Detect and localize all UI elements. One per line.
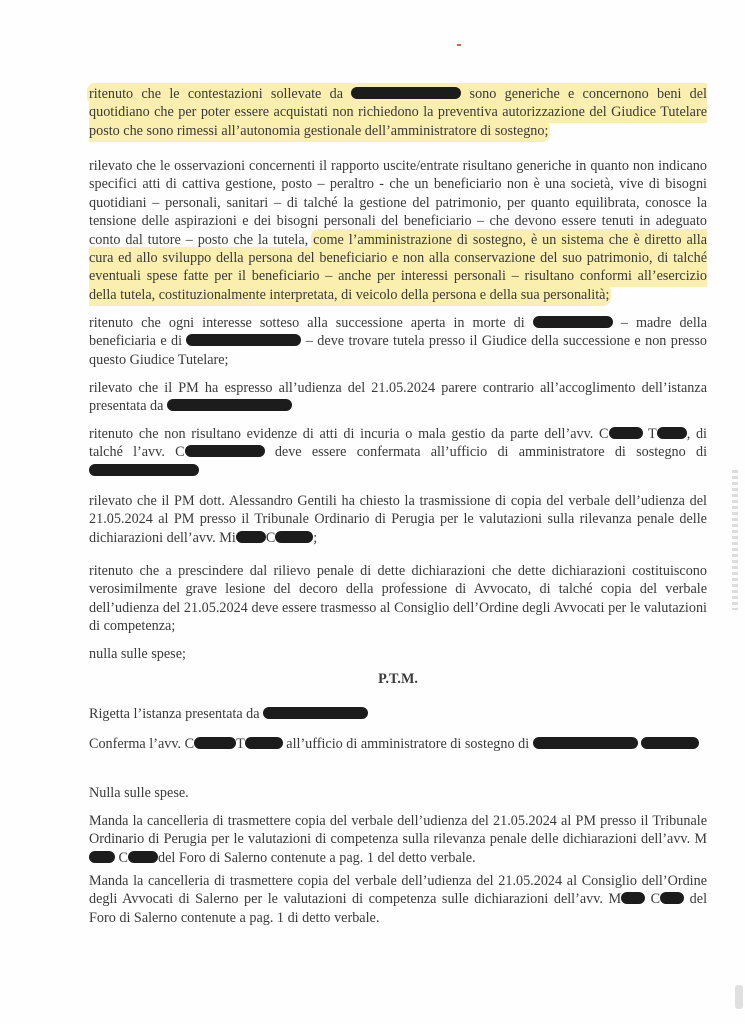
- redaction: [660, 892, 684, 904]
- redaction: [641, 737, 699, 749]
- redaction: [657, 427, 687, 439]
- paragraph-conferma: Conferma l’avv. CT all’ufficio di ammini…: [89, 735, 707, 753]
- text: – deve trovare tutela presso il Giudice …: [89, 333, 707, 367]
- paragraph-manda-pm: Manda la cancelleria di trasmettere copi…: [89, 812, 707, 867]
- redaction: [533, 737, 638, 749]
- text: C: [266, 530, 275, 546]
- paragraph-decoro: ritenuto che a prescindere dal rilievo p…: [89, 562, 707, 636]
- paragraph-rigetta: Rigetta l’istanza presentata da: [89, 705, 707, 723]
- redaction: [609, 427, 643, 439]
- redaction: [236, 531, 266, 543]
- text: deve essere confermata all’ufficio di am…: [275, 444, 707, 460]
- section-heading: P.T.M.: [89, 670, 707, 688]
- text: Conferma l’avv. C: [89, 736, 194, 752]
- redaction: [89, 851, 115, 863]
- scanned-page: ritenuto che le contestazioni sollevate …: [0, 0, 745, 1024]
- scan-speck: [457, 44, 461, 46]
- text: C: [119, 850, 128, 866]
- text: ritenuto che a prescindere dal rilievo p…: [89, 563, 707, 634]
- paragraph-nulla-spese: Nulla sulle spese.: [89, 784, 707, 802]
- redaction: [263, 707, 368, 719]
- text: all’ufficio di amministratore di sostegn…: [286, 736, 529, 752]
- redaction: [275, 531, 313, 543]
- text: C: [651, 891, 660, 907]
- paragraph-pm-parere: rilevato che il PM ha espresso all’udien…: [89, 379, 707, 416]
- text: Manda la cancelleria di trasmettere copi…: [89, 813, 707, 847]
- redaction: [533, 316, 613, 328]
- redaction: [128, 851, 158, 863]
- highlighted-text: ritenuto che le contestazioni sollevate …: [89, 85, 707, 140]
- redaction: [89, 464, 199, 476]
- text: rilevato che il PM dott. Alessandro Gent…: [89, 493, 707, 546]
- text: ritenuto che non risultano evidenze di a…: [89, 426, 609, 442]
- text: del Foro di Salerno contenute a pag. 1 d…: [158, 850, 476, 866]
- paragraph-spese: nulla sulle spese;: [89, 645, 707, 663]
- redaction: [185, 445, 265, 457]
- paragraph-successione: ritenuto che ogni interesse sotteso alla…: [89, 314, 707, 369]
- paragraph-rapporto: rilevato che le osservazioni concernenti…: [89, 157, 707, 304]
- paragraph-incuria: ritenuto che non risultano evidenze di a…: [89, 425, 707, 480]
- redaction: [245, 737, 283, 749]
- page-edge-mark: [735, 985, 743, 1009]
- text: T: [648, 426, 657, 442]
- redaction: [186, 334, 301, 346]
- text: T: [236, 736, 245, 752]
- text: Rigetta l’istanza presentata da: [89, 706, 260, 722]
- redaction: [621, 892, 645, 904]
- redaction: [351, 87, 461, 99]
- margin-stamp: [732, 470, 738, 610]
- redaction: [167, 399, 292, 411]
- paragraph-manda-consiglio: Manda la cancelleria di trasmettere copi…: [89, 872, 707, 927]
- paragraph-contestazioni: ritenuto che le contestazioni sollevate …: [89, 85, 707, 140]
- text: ;: [313, 530, 317, 546]
- text: ritenuto che ogni interesse sotteso alla…: [89, 315, 525, 331]
- redaction: [194, 737, 236, 749]
- paragraph-trasmissione: rilevato che il PM dott. Alessandro Gent…: [89, 492, 707, 547]
- text: Manda la cancelleria di trasmettere copi…: [89, 873, 707, 907]
- text: ritenuto che le contestazioni sollevate …: [89, 86, 343, 102]
